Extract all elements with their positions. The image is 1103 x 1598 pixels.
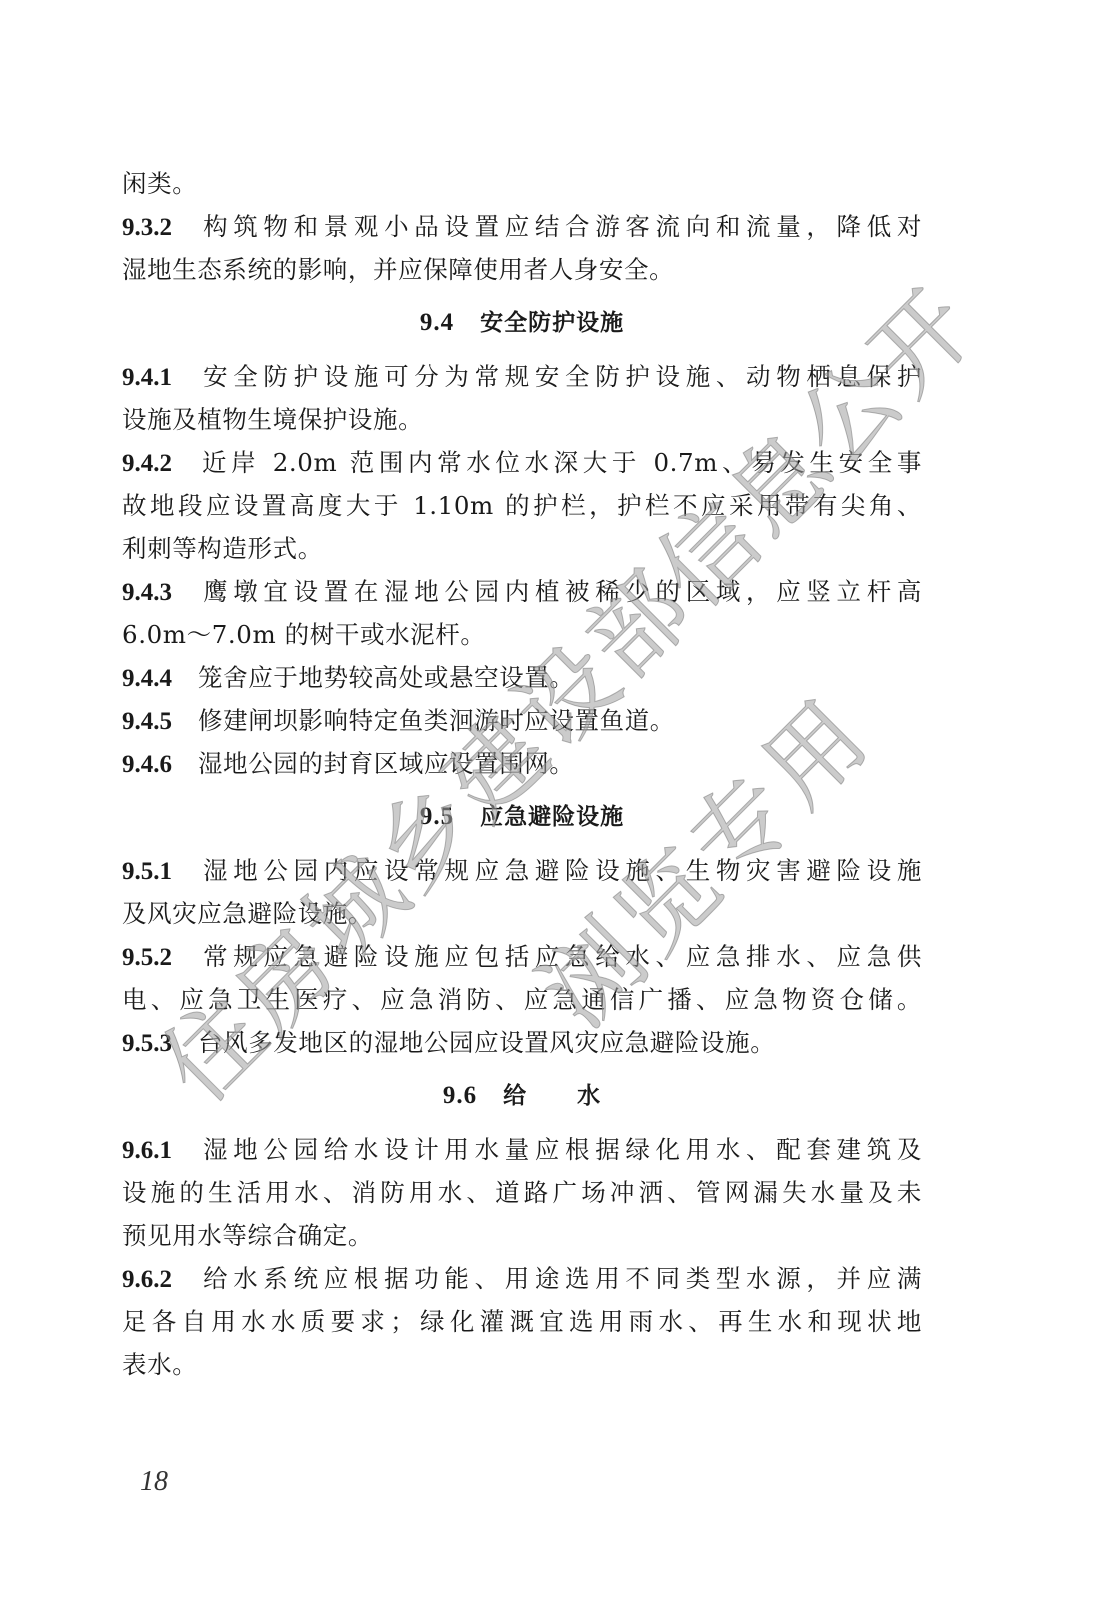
clause-number: 9.5.2: [122, 944, 172, 971]
clause-9-5-2-line: 9.5.2常规应急避险设施应包括应急给水、应急排水、应急供: [122, 935, 922, 978]
clause-9-6-2-line: 9.6.2给水系统应根据功能、用途选用不同类型水源，并应满: [122, 1257, 922, 1300]
clause-9-4-2-line: 9.4.2近岸 2.0m 范围内常水位水深大于 0.7m、易发生安全事: [122, 441, 922, 484]
clause-number: 9.4.1: [122, 364, 172, 391]
page-number: 18: [140, 1466, 168, 1498]
clause-9-3-2-line: 9.3.2构筑物和景观小品设置应结合游客流向和流量，降低对: [122, 205, 922, 248]
clause-9-6-1-line: 预见用水等综合确定。: [122, 1214, 922, 1257]
clause-9-6-2-line: 足各自用水水质要求；绿化灌溉宜选用雨水、再生水和现状地: [122, 1300, 922, 1343]
clause-9-4-4-line: 9.4.4笼舍应于地势较高处或悬空设置。: [122, 656, 922, 699]
clause-number: 9.5.3: [122, 1030, 172, 1057]
clause-9-4-3-line: 9.4.3鹰墩宜设置在湿地公园内植被稀少的区域，应竖立杆高: [122, 570, 922, 613]
clause-number: 9.6.2: [122, 1266, 172, 1293]
clause-number: 9.4.6: [122, 751, 172, 778]
clause-9-4-5-line: 9.4.5修建闸坝影响特定鱼类洄游时应设置鱼道。: [122, 699, 922, 742]
clause-9-5-1-line: 9.5.1湿地公园内应设常规应急避险设施、生物灾害避险设施: [122, 849, 922, 892]
clause-number: 9.4.2: [122, 450, 172, 477]
section-heading-9-4: 9.4安全防护设施: [122, 291, 922, 355]
section-heading-9-5: 9.5应急避险设施: [122, 785, 922, 849]
clause-number: 9.6.1: [122, 1137, 172, 1164]
clause-9-4-6-line: 9.4.6湿地公园的封育区域应设置围网。: [122, 742, 922, 785]
clause-9-6-1-line: 9.6.1湿地公园给水设计用水量应根据绿化用水、配套建筑及: [122, 1128, 922, 1171]
document-page: 闲类。 9.3.2构筑物和景观小品设置应结合游客流向和流量，降低对 湿地生态系统…: [0, 0, 1103, 1598]
page-content: 闲类。 9.3.2构筑物和景观小品设置应结合游客流向和流量，降低对 湿地生态系统…: [122, 162, 922, 1386]
clause-9-4-1-line: 9.4.1安全防护设施可分为常规安全防护设施、动物栖息保护: [122, 355, 922, 398]
clause-9-4-1-line: 设施及植物生境保护设施。: [122, 398, 922, 441]
clause-9-4-3-line: 6.0m～7.0m 的树干或水泥杆。: [122, 613, 922, 656]
clause-9-3-2-line: 湿地生态系统的影响，并应保障使用者人身安全。: [122, 248, 922, 291]
clause-9-6-1-line: 设施的生活用水、消防用水、道路广场冲洒、管网漏失水量及未: [122, 1171, 922, 1214]
clause-9-5-3-line: 9.5.3台风多发地区的湿地公园应设置风灾应急避险设施。: [122, 1021, 922, 1064]
clause-number: 9.4.4: [122, 665, 172, 692]
clause-9-5-2-line: 电、应急卫生医疗、应急消防、应急通信广播、应急物资仓储。: [122, 978, 922, 1021]
paragraph-line: 闲类。: [122, 162, 922, 205]
clause-number: 9.5.1: [122, 858, 172, 885]
clause-9-4-2-line: 利刺等构造形式。: [122, 527, 922, 570]
clause-9-5-1-line: 及风灾应急避险设施。: [122, 892, 922, 935]
clause-9-4-2-line: 故地段应设置高度大于 1.10m 的护栏，护栏不应采用带有尖角、: [122, 484, 922, 527]
section-heading-9-6: 9.6给水: [122, 1064, 922, 1128]
clause-number: 9.4.5: [122, 708, 172, 735]
clause-number: 9.3.2: [122, 214, 172, 241]
clause-number: 9.4.3: [122, 579, 172, 606]
clause-9-6-2-line: 表水。: [122, 1343, 922, 1386]
